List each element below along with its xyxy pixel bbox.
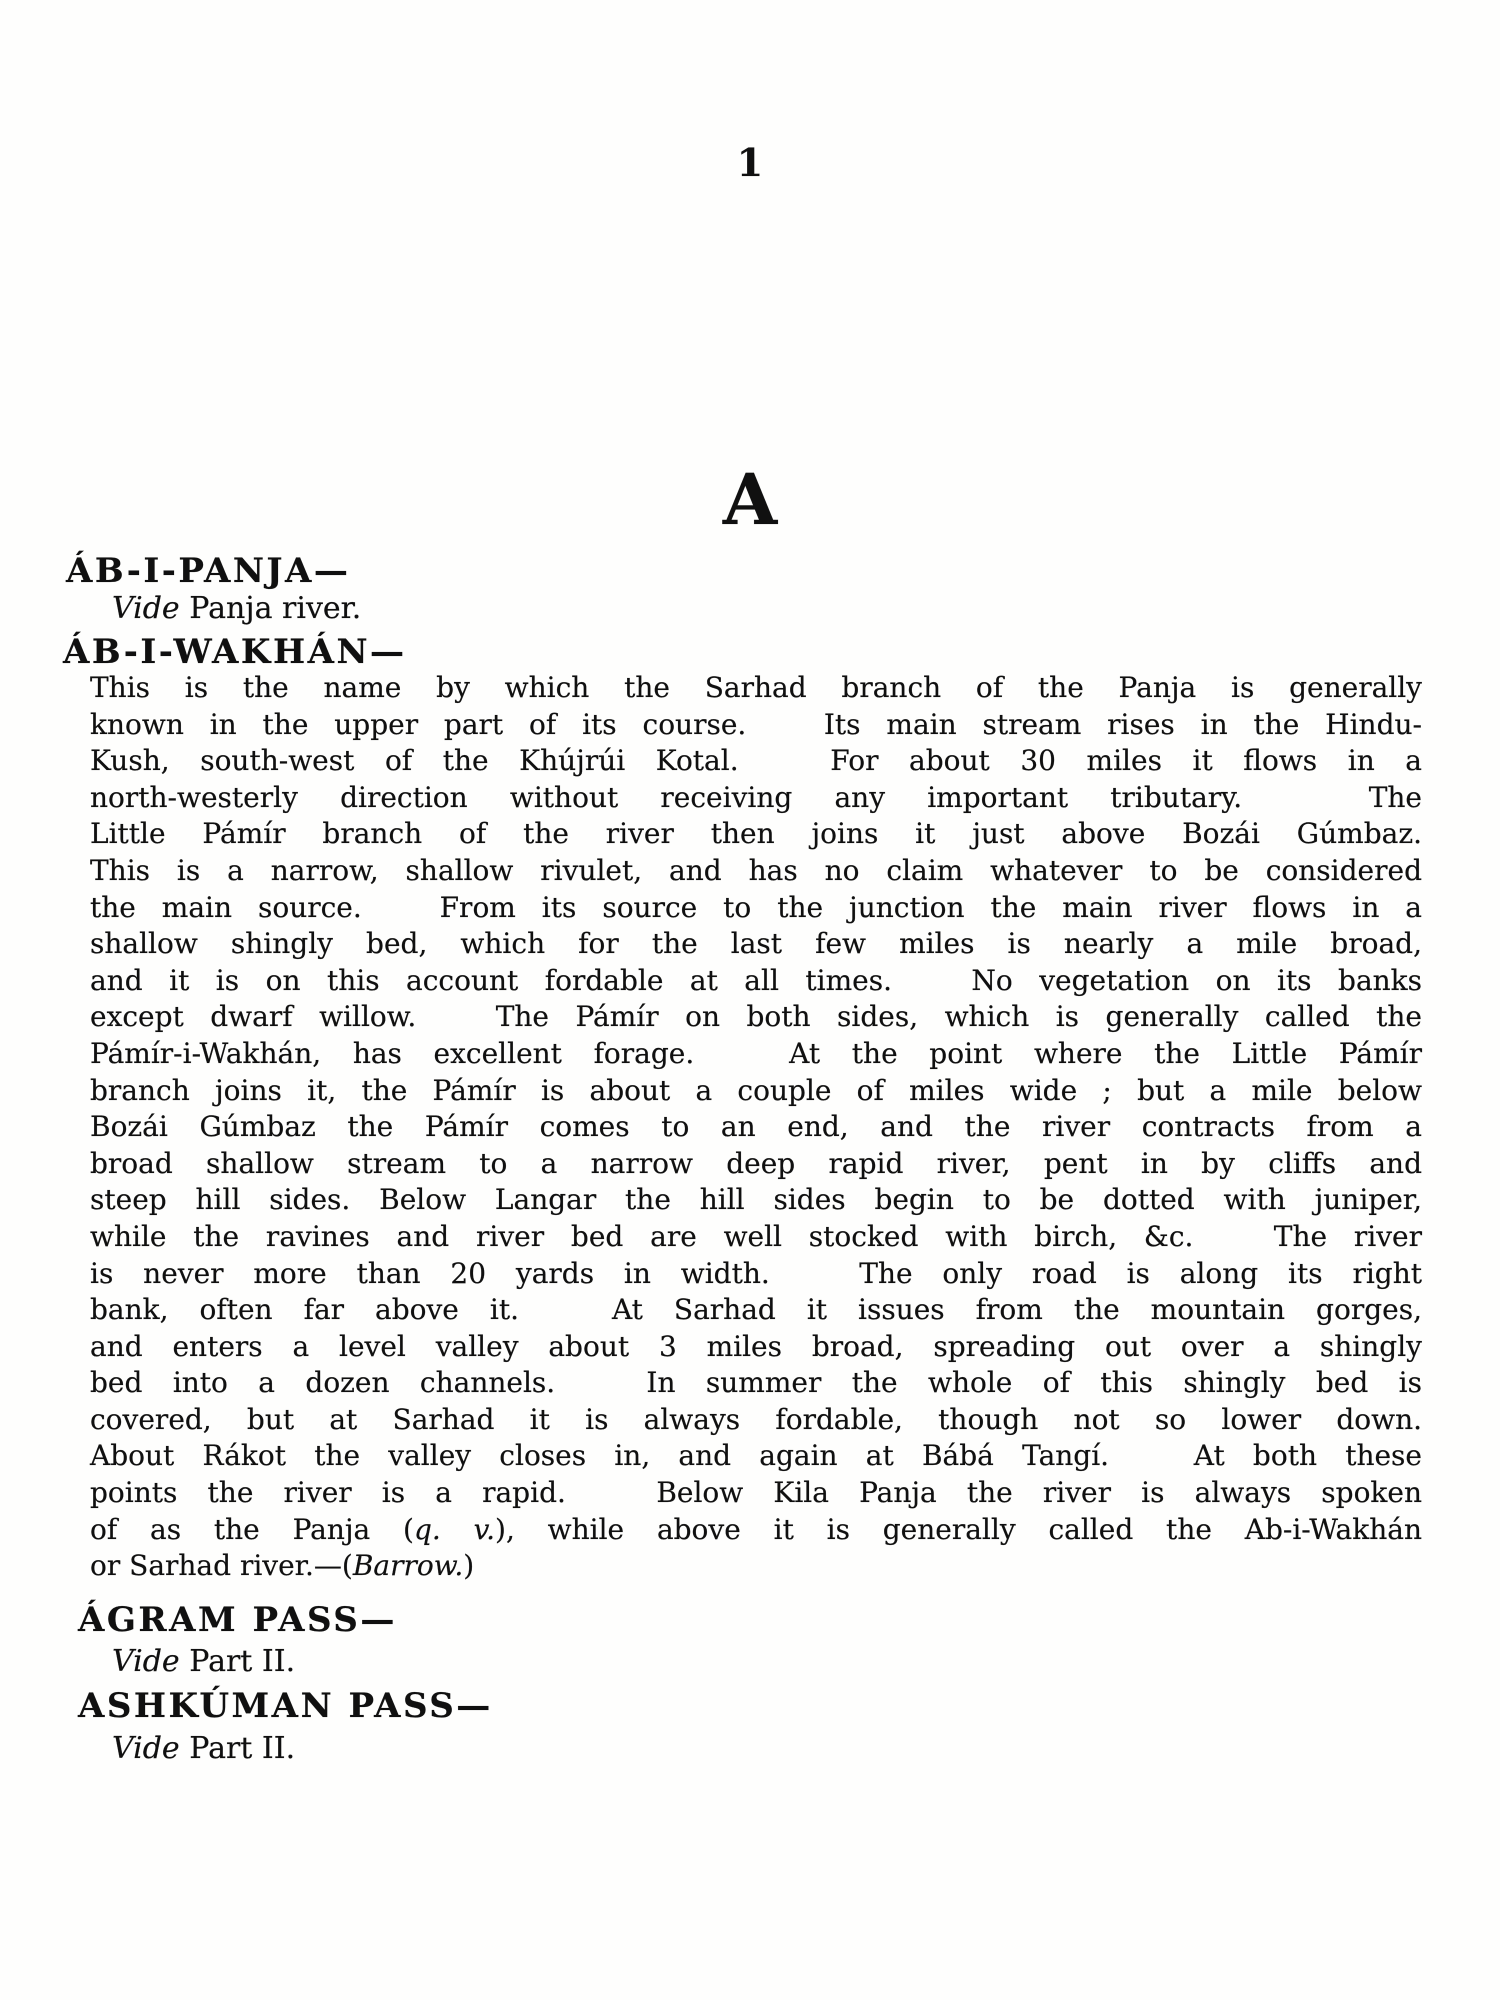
body-line: or Sarhad river.—(Barrow.) [90, 1548, 1422, 1585]
page-number: 1 [0, 140, 1500, 185]
entry-heading-ab-i-wakhan: ÁB-I-WAKHÁN— [63, 632, 407, 672]
body-line: Pámír-i-Wakhán, has excellent forage. At… [90, 1036, 1422, 1073]
body-line: points the river is a rapid. Below Kila … [90, 1475, 1422, 1512]
body-line: bed into a dozen channels. In summer the… [90, 1365, 1422, 1402]
body-line: north-westerly direction without receivi… [90, 780, 1422, 817]
entry-heading-ashkuman-pass: ASHKÚMAN PASS— [78, 1686, 493, 1726]
body-line: Kush, south-west of the Khújrúi Kotal. F… [90, 743, 1422, 780]
body-line: broad shallow stream to a narrow deep ra… [90, 1146, 1422, 1183]
body-line: covered, but at Sarhad it is always ford… [90, 1402, 1422, 1439]
body-line: Bozái Gúmbaz the Pámír comes to an end, … [90, 1109, 1422, 1146]
body-line: while the ravines and river bed are well… [90, 1219, 1422, 1256]
body-line: Little Pámír branch of the river then jo… [90, 816, 1422, 853]
body-line: About Rákot the valley closes in, and ag… [90, 1438, 1422, 1475]
body-line: steep hill sides. Below Langar the hill … [90, 1182, 1422, 1219]
vide-reference: Vide Part II. [112, 1644, 295, 1679]
body-line: This is a narrow, shallow rivulet, and h… [90, 853, 1422, 890]
body-line: branch joins it, the Pámír is about a co… [90, 1073, 1422, 1110]
section-letter-heading: A [0, 458, 1500, 541]
body-line: and it is on this account fordable at al… [90, 963, 1422, 1000]
entry-body-ab-i-wakhan: This is the name by which the Sarhad bra… [90, 670, 1422, 1585]
entry-heading-agram-pass: ÁGRAM PASS— [78, 1600, 397, 1640]
body-line: is never more than 20 yards in width. Th… [90, 1256, 1422, 1293]
body-line: bank, often far above it. At Sarhad it i… [90, 1292, 1422, 1329]
body-line: shallow shingly bed, which for the last … [90, 926, 1422, 963]
entry-heading-ab-i-panja: ÁB-I-PANJA— [66, 551, 350, 591]
body-line: This is the name by which the Sarhad bra… [90, 670, 1422, 707]
vide-reference: Vide Panja river. [112, 591, 361, 626]
vide-reference: Vide Part II. [112, 1731, 295, 1766]
scanned-book-page: 1 A ÁB-I-PANJA— Vide Panja river. ÁB-I-W… [0, 0, 1500, 2000]
body-line: and enters a level valley about 3 miles … [90, 1329, 1422, 1366]
body-line: the main source. From its source to the … [90, 890, 1422, 927]
body-line: except dwarf willow. The Pámír on both s… [90, 999, 1422, 1036]
body-line: known in the upper part of its course. I… [90, 707, 1422, 744]
body-line: of as the Panja (q. v.), while above it … [90, 1512, 1422, 1549]
